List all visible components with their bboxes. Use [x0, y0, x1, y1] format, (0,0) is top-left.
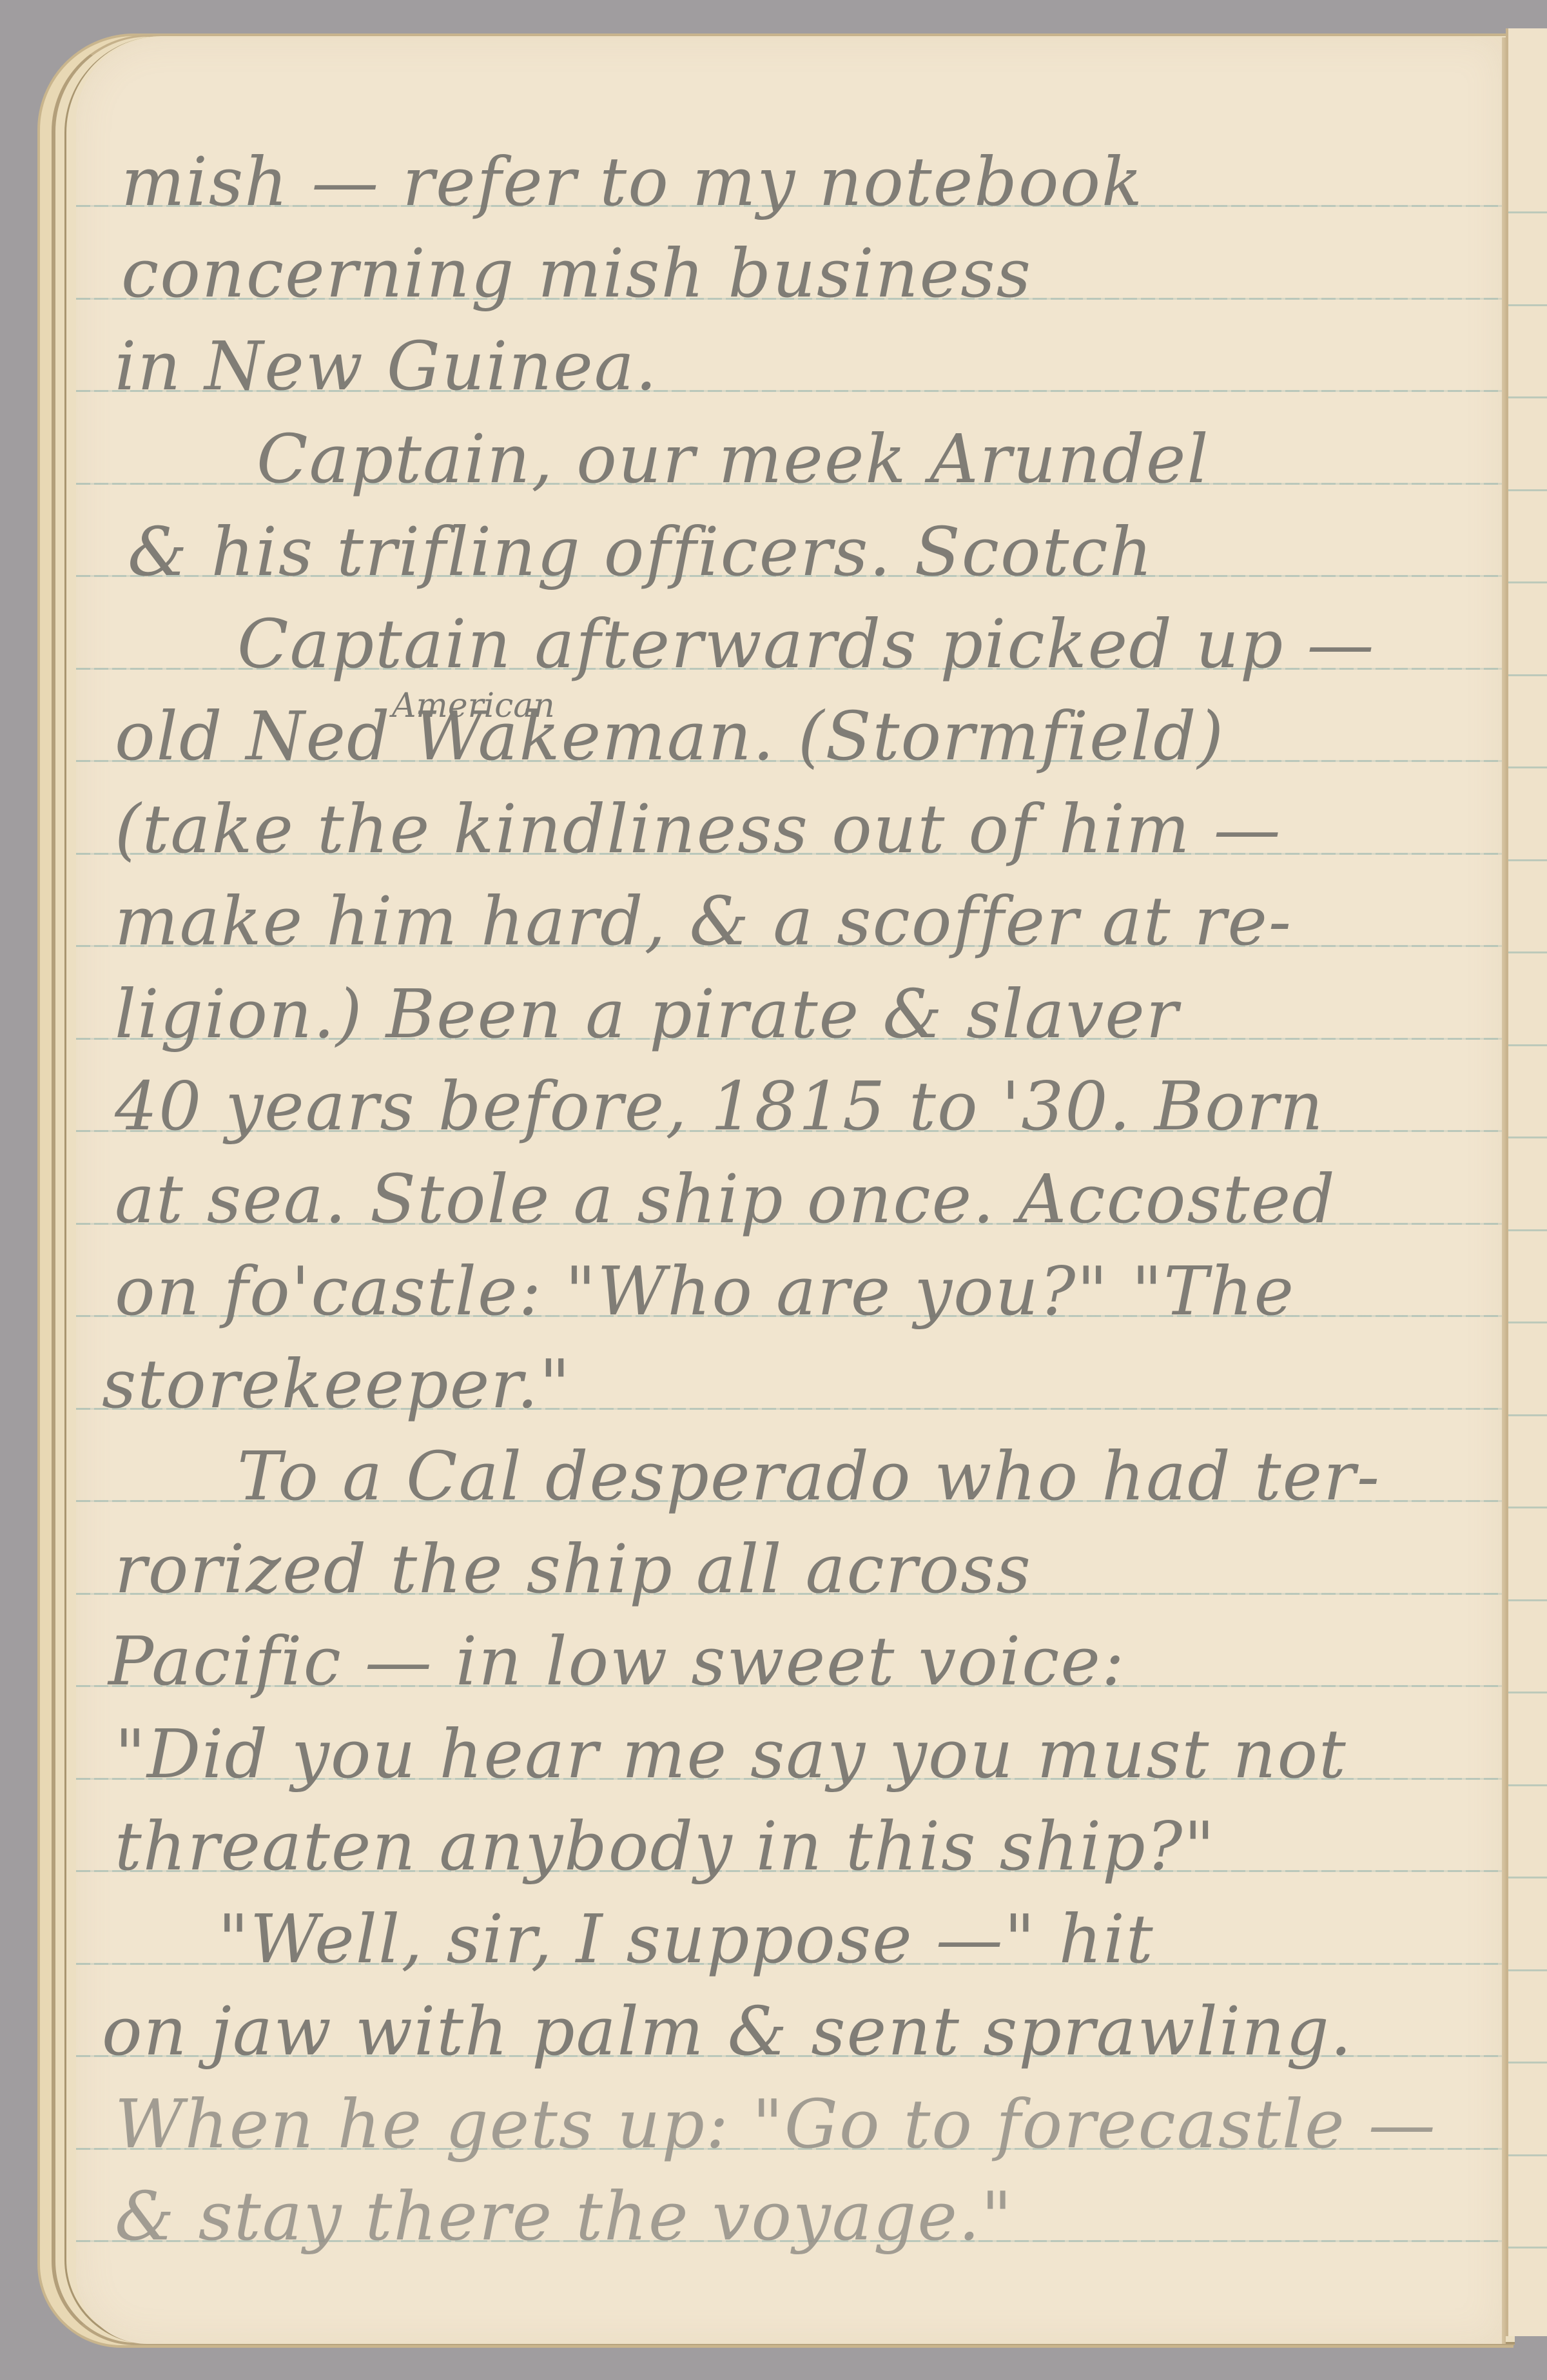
facing-page-ruled-line — [1508, 1877, 1547, 1878]
facing-page-ruled-line — [1508, 2247, 1547, 2248]
facing-page-ruled-line — [1508, 951, 1547, 953]
facing-page-ruled-line — [1508, 1692, 1547, 1693]
facing-page-ruled-line — [1508, 304, 1547, 306]
handwritten-line: & his trifling officers. Scotch — [128, 518, 1154, 585]
handwritten-line: When he gets up: "Go to forecastle — — [115, 2091, 1437, 2158]
facing-page-ruled-line — [1508, 2154, 1547, 2156]
handwritten-line: at sea. Stole a ship once. Accosted — [115, 1166, 1336, 1233]
facing-page-ruled-line — [1508, 859, 1547, 861]
facing-page-ruled-line — [1508, 581, 1547, 583]
facing-page-ruled-line — [1508, 489, 1547, 491]
facing-page-ruled-line — [1508, 1599, 1547, 1601]
facing-page-ruled-line — [1508, 766, 1547, 768]
handwritten-line: 40 years before, 1815 to '30. Born — [115, 1073, 1324, 1140]
facing-page-ruled-line — [1508, 211, 1547, 213]
handwritten-line: on fo'castle: "Who are you?" "The — [115, 1258, 1295, 1325]
handwritten-line: Captain, our meek Arundel — [257, 425, 1210, 493]
handwritten-line: on jaw with palm & sent sprawling. — [102, 1998, 1353, 2065]
handwritten-line: mish — refer to my notebook — [121, 148, 1143, 215]
facing-page-ruled-line — [1508, 1229, 1547, 1231]
notebook-page: mish — refer to my notebookconcerning mi… — [76, 37, 1502, 2344]
handwritten-line: "Well, sir, I suppose —" hit — [218, 1906, 1154, 1973]
handwritten-line: & stay there the voyage." — [115, 2183, 1013, 2250]
facing-page-ruled-line — [1508, 1136, 1547, 1138]
handwritten-line: in New Guinea. — [115, 333, 658, 400]
facing-page-ruled-line — [1508, 1322, 1547, 1323]
facing-page-ruled-line — [1508, 1969, 1547, 1971]
facing-page-ruled-line — [1508, 396, 1547, 398]
handwritten-line: Captain afterwards picked up — — [237, 610, 1375, 678]
facing-page-ruled-line — [1508, 2062, 1547, 2063]
handwritten-line: make him hard, & a scoffer at re- — [115, 888, 1292, 955]
facing-page-ruled-line — [1508, 674, 1547, 676]
handwritten-line: concerning mish business — [121, 240, 1032, 307]
facing-page-edge — [1506, 28, 1547, 2336]
interlinear-insertion: American — [392, 687, 555, 725]
handwritten-line: To a Cal desperado who had ter- — [237, 1443, 1381, 1510]
handwritten-line: Pacific — in low sweet voice: — [108, 1628, 1125, 1695]
facing-page-ruled-line — [1508, 1507, 1547, 1508]
handwritten-line: threaten anybody in this ship?" — [115, 1813, 1216, 1880]
handwritten-line: rorized the ship all across — [115, 1536, 1032, 1603]
handwritten-line: ligion.) Been a pirate & slaver — [115, 980, 1180, 1048]
handwritten-line: old Ned Wakeman. (Stormfield) — [115, 703, 1225, 770]
handwritten-line: "Did you hear me say you must not — [115, 1721, 1347, 1788]
facing-page-ruled-line — [1508, 1784, 1547, 1786]
handwritten-line: storekeeper." — [102, 1351, 571, 1418]
facing-page-ruled-line — [1508, 1414, 1547, 1416]
handwritten-line: (take the kindliness out of him — — [115, 795, 1282, 863]
facing-page-ruled-line — [1508, 1044, 1547, 1046]
